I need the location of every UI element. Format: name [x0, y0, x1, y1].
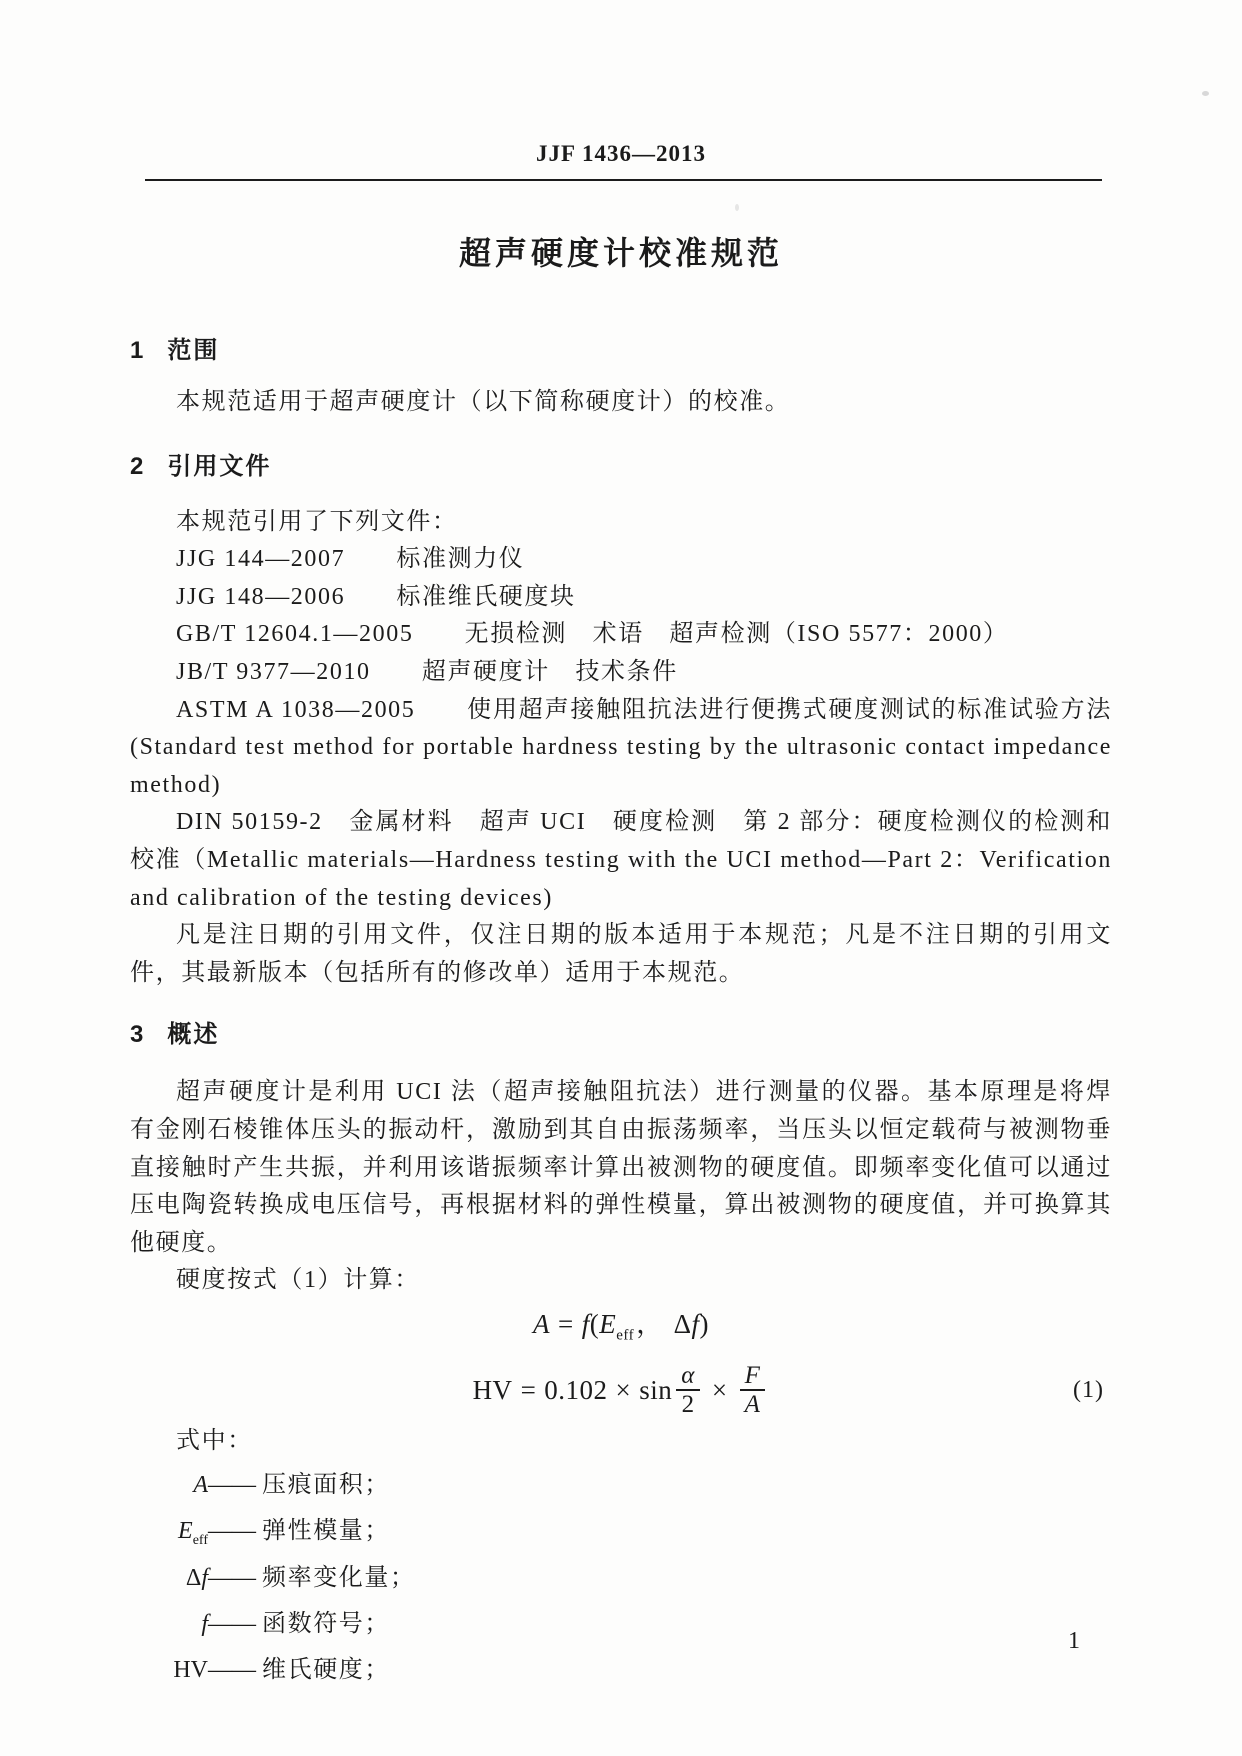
comma: ，	[636, 1309, 664, 1339]
dash: ——	[208, 1652, 256, 1698]
definition-row: HV——维氏硬度；	[130, 1652, 1112, 1698]
denominator: A	[740, 1391, 766, 1417]
formula-hv: HV=0.102×sin α2 × FA (1)	[130, 1363, 1112, 1417]
formula-symbol: f	[582, 1309, 590, 1339]
document-page: JJF 1436—2013 超声硬度计校准规范 1范围 本规范适用于超声硬度计（…	[0, 0, 1242, 1756]
section-references: 2引用文件 本规范引用了下列文件： JJG 144—2007 标准测力仪 JJG…	[130, 450, 1112, 993]
sin-function: sin	[639, 1372, 672, 1408]
formula-symbol: A	[533, 1309, 550, 1339]
numerator: α	[676, 1363, 700, 1391]
section-3-body: 超声硬度计是利用 UCI 法（超声接触阻抗法）进行测量的仪器。基本原理是将焊 有…	[130, 1074, 1112, 1300]
denominator: 2	[676, 1391, 700, 1417]
paragraph-line: 硬度按式（1）计算：	[130, 1262, 1112, 1300]
reference-line: JB/T 9377—2010 超声硬度计 技术条件	[130, 654, 1112, 692]
section-overview: 3概述 超声硬度计是利用 UCI 法（超声接触阻抗法）进行测量的仪器。基本原理是…	[130, 1018, 1112, 1699]
header-rule	[145, 179, 1102, 181]
section-scope: 1范围 本规范适用于超声硬度计（以下简称硬度计）的校准。	[130, 334, 1112, 422]
formula-symbol: f	[692, 1309, 700, 1339]
paragraph-line: 他硬度。	[130, 1225, 1112, 1263]
dash: ——	[208, 1467, 256, 1513]
symbol: HV	[130, 1652, 208, 1698]
definition-row: Δf——频率变化量；	[130, 1560, 1112, 1606]
reference-line: (Standard test method for portable hardn…	[130, 729, 1112, 767]
dash: ——	[208, 1606, 256, 1652]
scan-artifact	[735, 204, 739, 211]
section-1-number: 1	[130, 334, 145, 368]
definition-row: A——压痕面积；	[130, 1467, 1112, 1513]
formula-area-function: A=f(Eeff，Δf)	[130, 1306, 1112, 1353]
section-1-title: 范围	[167, 337, 219, 364]
paragraph-line: 压电陶瓷转换成电压信号，再根据材料的弹性模量，算出被测物的硬度值，并可换算其	[130, 1187, 1112, 1225]
formula-symbol: HV	[473, 1372, 513, 1408]
dash: ——	[208, 1513, 256, 1559]
fraction-alpha-over-2: α2	[676, 1363, 700, 1417]
fraction-f-over-a: FA	[740, 1363, 766, 1417]
reference-line: JJG 148—2006 标准维氏硬度块	[130, 579, 1112, 617]
section-3-heading: 3概述	[130, 1018, 1112, 1052]
paren: )	[700, 1309, 710, 1339]
reference-line: JJG 144—2007 标准测力仪	[130, 541, 1112, 579]
reference-line: and calibration of the testing devices)	[130, 880, 1112, 918]
definition-row: Eeff——弹性模量；	[130, 1513, 1112, 1559]
equation-number: (1)	[1073, 1372, 1104, 1408]
where-label: 式中：	[130, 1423, 1112, 1461]
numerator: F	[740, 1363, 766, 1391]
scan-artifact	[1202, 91, 1209, 96]
section-1-heading: 1范围	[130, 334, 1112, 368]
symbol: Eeff	[130, 1513, 208, 1559]
reference-line: method)	[130, 767, 1112, 805]
reference-line: ASTM A 1038—2005 使用超声接触阻抗法进行便携式硬度测试的标准试验…	[130, 692, 1112, 730]
symbol: Δf	[130, 1560, 208, 1606]
section-2-title: 引用文件	[167, 453, 271, 480]
equals-sign: =	[550, 1309, 582, 1339]
definition-text: 函数符号；	[256, 1606, 390, 1652]
multiply-sign: ×	[704, 1372, 736, 1408]
coefficient: 0.102	[544, 1372, 607, 1408]
definition-text: 压痕面积；	[256, 1467, 390, 1513]
paragraph-line: 凡是注日期的引用文件，仅注日期的版本适用于本规范；凡是不注日期的引用文	[130, 917, 1112, 955]
multiply-sign: ×	[608, 1372, 640, 1408]
section-1-body: 本规范适用于超声硬度计（以下简称硬度计）的校准。	[130, 384, 1112, 422]
section-3-title: 概述	[167, 1021, 219, 1048]
equals-sign: =	[513, 1372, 545, 1408]
doc-title: 超声硬度计校准规范	[130, 230, 1112, 276]
paragraph-line: 直接触时产生共振，并利用该谐振频率计算出被测物的硬度值。即频率变化值可以通过	[130, 1150, 1112, 1188]
subscript: eff	[616, 1327, 634, 1343]
symbol: A	[130, 1467, 208, 1513]
definition-text: 频率变化量；	[256, 1560, 416, 1606]
doc-code: JJF 1436—2013	[130, 140, 1112, 168]
reference-line: DIN 50159-2 金属材料 超声 UCI 硬度检测 第 2 部分：硬度检测…	[130, 804, 1112, 842]
paragraph-line: 超声硬度计是利用 UCI 法（超声接触阻抗法）进行测量的仪器。基本原理是将焊	[130, 1074, 1112, 1112]
symbol: f	[130, 1606, 208, 1652]
paragraph-line: 件，其最新版本（包括所有的修改单）适用于本规范。	[130, 955, 1112, 993]
definition-text: 维氏硬度；	[256, 1652, 390, 1698]
paragraph-line: 本规范适用于超声硬度计（以下简称硬度计）的校准。	[130, 384, 1112, 422]
reference-line: 校准（Metallic materials—Hardness testing w…	[130, 842, 1112, 880]
reference-line: GB/T 12604.1—2005 无损检测 术语 超声检测（ISO 5577：…	[130, 616, 1112, 654]
formula-symbol: E	[599, 1309, 616, 1339]
symbol-definitions: A——压痕面积； Eeff——弹性模量； Δf——频率变化量； f——函数符号；…	[130, 1467, 1112, 1699]
formula-symbol: Δ	[674, 1309, 692, 1339]
dash: ——	[208, 1560, 256, 1606]
page-number: 1	[1068, 1628, 1080, 1655]
definition-row: f——函数符号；	[130, 1606, 1112, 1652]
definition-text: 弹性模量；	[256, 1513, 390, 1559]
section-2-body: 本规范引用了下列文件： JJG 144—2007 标准测力仪 JJG 148—2…	[130, 504, 1112, 993]
section-2-heading: 2引用文件	[130, 450, 1112, 484]
paragraph-line: 有金刚石棱锥体压头的振动杆，激励到其自由振荡频率，当压头以恒定载荷与被测物垂	[130, 1112, 1112, 1150]
paragraph-line: 本规范引用了下列文件：	[130, 504, 1112, 542]
paren: (	[590, 1309, 600, 1339]
section-3-number: 3	[130, 1018, 145, 1052]
section-2-number: 2	[130, 450, 145, 484]
